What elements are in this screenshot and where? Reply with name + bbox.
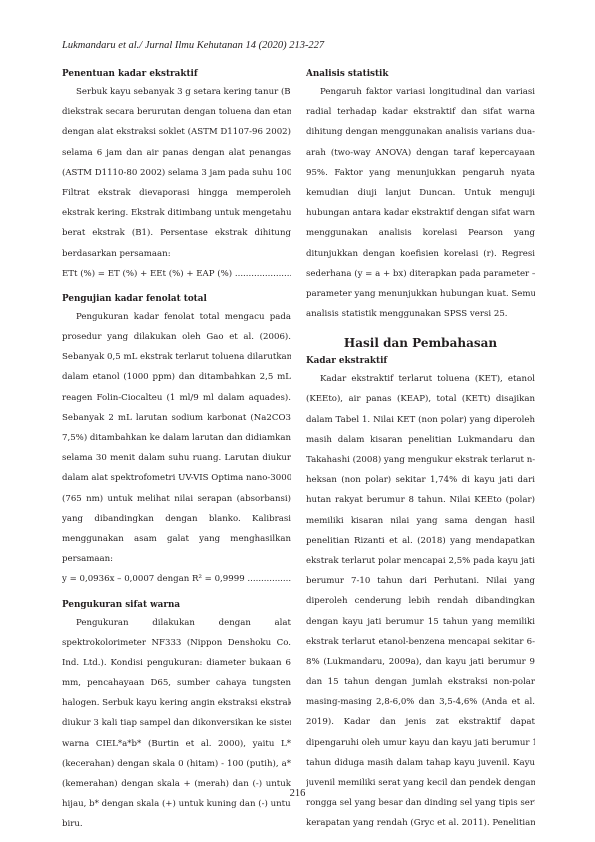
text-line: berumur 7-10 tahun dari Perhutani. Nilai… xyxy=(306,571,535,591)
heading-statistical-analysis: Analisis statistik xyxy=(306,67,535,82)
equation-2: y = 0,0936x – 0,0007 dengan R² = 0,9999 … xyxy=(62,569,291,589)
text-line: Kadar ekstraktif terlarut toluena (KET),… xyxy=(306,369,535,389)
left-column: Penentuan kadar ekstraktif Serbuk kayu s… xyxy=(62,67,291,835)
text-line: analisis statistik menggunakan SPSS vers… xyxy=(306,304,535,324)
text-line: kemudian diuji lanjut Duncan. Untuk meng… xyxy=(306,183,535,203)
text-line: (ASTM D1110-80 2002) selama 3 jam pada s… xyxy=(62,163,291,183)
text-line: mm, pencahayaan D65, sumber cahaya tungs… xyxy=(62,673,291,693)
text-line: sederhana (y = a + bx) diterapkan pada p… xyxy=(306,264,535,284)
text-line: warna CIEL*a*b* (Burtin et al. 2000), ya… xyxy=(62,734,291,754)
text-line: dalam alat spektrofometri UV-VIS Optima … xyxy=(62,468,291,488)
text-line: (765 nm) untuk melihat nilai serapan (ab… xyxy=(62,489,291,509)
text-line: dengan alat ekstraksi soklet (ASTM D1107… xyxy=(62,122,291,142)
text-line: diperoleh cenderung lebih rendah dibandi… xyxy=(306,591,535,611)
text-line: Takahashi (2008) yang mengukur ekstrak t… xyxy=(306,450,535,470)
text-line: parameter yang menunjukkan hubungan kuat… xyxy=(306,284,535,304)
text-line: Sebanyak 0,5 mL ekstrak terlarut toluena… xyxy=(62,347,291,367)
text-line: tahun diduga masih dalam tahap kayu juve… xyxy=(306,753,535,773)
text-line: hutan rakyat berumur 8 tahun. Nilai KEEt… xyxy=(306,490,535,510)
text-line: Pengukuran dilakukan dengan alat xyxy=(62,613,291,633)
text-line: 95%. Faktor yang menunjukkan pengaruh ny… xyxy=(306,163,535,183)
running-header: Lukmandaru et al./ Jurnal Ilmu Kehutanan… xyxy=(62,40,324,51)
text-line: halogen. Serbuk kayu kering angin ekstra… xyxy=(62,693,291,713)
text-line: radial terhadap kadar ekstraktif dan sif… xyxy=(306,102,535,122)
text-line: Pengaruh faktor variasi longitudinal dan… xyxy=(306,82,535,102)
text-line: persamaan: xyxy=(62,549,291,569)
text-line: ekstrak terlarut polar mencapai 2,5% pad… xyxy=(306,551,535,571)
text-line: Pengukuran kadar fenolat total mengacu p… xyxy=(62,307,291,327)
text-line: kerapatan yang rendah (Gryc et al. 2011)… xyxy=(306,813,535,833)
section-title-results: Hasil dan Pembahasan xyxy=(306,332,535,354)
text-line: menggunakan analisis korelasi Pearson ya… xyxy=(306,223,535,243)
heading-total-phenolic: Pengujian kadar fenolat total xyxy=(62,292,291,307)
text-line: masing-masing 2,8-6,0% dan 3,5-4,6% (And… xyxy=(306,692,535,712)
text-line: Sebanyak 2 mL larutan sodium karbonat (N… xyxy=(62,408,291,428)
text-line: Serbuk kayu sebanyak 3 g setara kering t… xyxy=(62,82,291,102)
text-line: penelitian Rizanti et al. (2018) yang me… xyxy=(306,531,535,551)
text-line: Ind. Ltd.). Kondisi pengukuran: diameter… xyxy=(62,653,291,673)
text-line: heksan (non polar) sekitar 1,74% di kayu… xyxy=(306,470,535,490)
text-line: dengan kayu jati berumur 15 tahun yang m… xyxy=(306,612,535,632)
text-line: ekstrak kering. Ekstrak ditimbang untuk … xyxy=(62,203,291,223)
text-line: 7,5%) ditambahkan ke dalam larutan dan d… xyxy=(62,428,291,448)
text-line: dipengaruhi oleh umur kayu dan kayu jati… xyxy=(306,733,535,753)
text-line: biru. xyxy=(62,814,291,834)
text-line: ekstrak terlarut etanol-benzena mencapai… xyxy=(306,632,535,652)
equation-1: ETt (%) = ET (%) + EEt (%) + EAP (%) ...… xyxy=(62,264,291,284)
text-line: memiliki kisaran nilai yang sama dengan … xyxy=(306,511,535,531)
text-line: 2019). Kadar dan jenis zat ekstraktif da… xyxy=(306,712,535,732)
text-line: (KEEto), air panas (KEAP), total (KETt) … xyxy=(306,389,535,409)
text-line: ditunjukkan dengan koefisien korelasi (r… xyxy=(306,244,535,264)
text-line: hubungan antara kadar ekstraktif dengan … xyxy=(306,203,535,223)
right-column: Analisis statistik Pengaruh faktor varia… xyxy=(306,67,535,834)
text-line: dan 15 tahun dengan jumlah ekstraksi non… xyxy=(306,672,535,692)
text-line: arah (two-way ANOVA) dengan taraf keperc… xyxy=(306,143,535,163)
heading-extractive-content: Penentuan kadar ekstraktif xyxy=(62,67,291,82)
text-line: reagen Folin-Ciocalteu (1 ml/9 ml dalam … xyxy=(62,388,291,408)
text-line: yang dibandingkan dengan blanko. Kalibra… xyxy=(62,509,291,529)
text-line: diukur 3 kali tiap sampel dan dikonversi… xyxy=(62,713,291,733)
page-number: 216 xyxy=(0,788,595,799)
text-line: Filtrat ekstrak dievaporasi hingga mempe… xyxy=(62,183,291,203)
text-line: berdasarkan persamaan: xyxy=(62,244,291,264)
text-line: selama 6 jam dan air panas dengan alat p… xyxy=(62,143,291,163)
text-line: selama 30 menit dalam suhu ruang. Laruta… xyxy=(62,448,291,468)
heading-color-measurement: Pengukuran sifat warna xyxy=(62,598,291,613)
text-line: dihitung dengan menggunakan analisis var… xyxy=(306,122,535,142)
text-line: (kecerahan) dengan skala 0 (hitam) - 100… xyxy=(62,754,291,774)
text-line: prosedur yang dilakukan oleh Gao et al. … xyxy=(62,327,291,347)
text-line: berat ekstrak (B1). Persentase ekstrak d… xyxy=(62,223,291,243)
text-line: menggunakan asam galat yang menghasilkan xyxy=(62,529,291,549)
text-line: dalam etanol (1000 ppm) dan ditambahkan … xyxy=(62,367,291,387)
heading-extractive-results: Kadar ekstraktif xyxy=(306,354,535,369)
text-line: diekstrak secara berurutan dengan toluen… xyxy=(62,102,291,122)
text-line: dalam Tabel 1. Nilai KET (non polar) yan… xyxy=(306,410,535,430)
text-line: 8% (Lukmandaru, 2009a), dan kayu jati be… xyxy=(306,652,535,672)
text-line: spektrokolorimeter NF333 (Nippon Denshok… xyxy=(62,633,291,653)
text-line: masih dalam kisaran penelitian Lukmandar… xyxy=(306,430,535,450)
